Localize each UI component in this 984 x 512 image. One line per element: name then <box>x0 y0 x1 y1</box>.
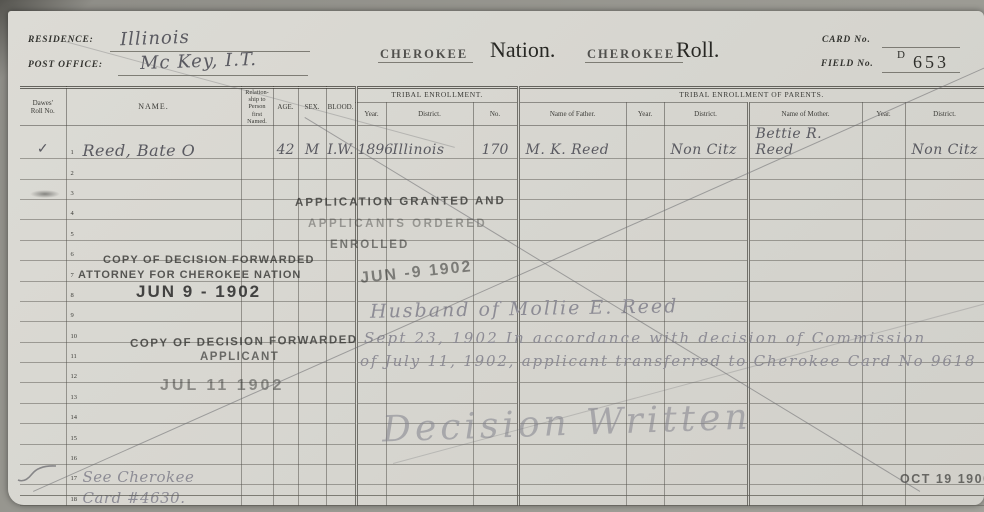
cell-father-district <box>664 220 748 240</box>
header-father-district: District. <box>664 102 748 126</box>
header-no: No. <box>473 102 518 126</box>
cell-year: 1896 <box>356 126 386 159</box>
row-number: 10 <box>71 333 78 340</box>
row-number: 7 <box>71 272 74 279</box>
application-granted-stamp-line3: ENROLLED <box>330 239 409 251</box>
cell-dawes <box>20 199 66 219</box>
cell-father <box>518 220 626 240</box>
row-number: 16 <box>71 455 78 462</box>
cell-mother-district <box>905 301 984 321</box>
cell-mother-year <box>862 261 905 281</box>
cell-father-district <box>664 261 748 281</box>
cell-blood <box>326 424 356 444</box>
cell-mother-district <box>905 281 984 301</box>
transfer-note-line2: of July 11, 1902, applicant transferred … <box>360 352 976 370</box>
cell-dawes <box>20 342 66 362</box>
field-no-value: 653 <box>913 52 949 73</box>
cell-age <box>273 424 298 444</box>
forwarded-attorney-stamp-date: JUN 9 - 1902 <box>136 282 261 302</box>
cherokee-nation-stamp: CHEROKEE <box>380 47 468 62</box>
row-number: 11 <box>71 353 77 360</box>
cell-name: 15 <box>66 424 241 444</box>
cell-father-year <box>626 261 664 281</box>
cherokee-roll-stamp: CHEROKEE <box>587 47 675 62</box>
cell-blood <box>326 363 356 383</box>
cell-mother-year <box>862 240 905 260</box>
field-no-prefix: D <box>897 49 905 61</box>
cell-mother-year <box>862 159 905 179</box>
cell-blood <box>326 444 356 464</box>
cell-father-district: Non Citz <box>664 126 748 159</box>
cell-mother-district <box>905 159 984 179</box>
cell-father-year <box>626 126 664 159</box>
cell-age <box>273 220 298 240</box>
cell-sex <box>298 403 326 423</box>
field-no-label: FIELD No. <box>821 59 874 69</box>
cell-father-district <box>664 199 748 219</box>
cell-sex <box>298 444 326 464</box>
cell-dawes <box>20 424 66 444</box>
cell-name: 1Reed, Bate O <box>66 126 241 159</box>
cell-mother <box>748 261 862 281</box>
cell-sex <box>298 159 326 179</box>
cell-father-year <box>626 465 664 485</box>
table-row: 16 <box>20 444 984 464</box>
name-value: Card #4630. <box>83 489 186 507</box>
cell-name: 2 <box>66 159 241 179</box>
cell-blood <box>326 261 356 281</box>
cell-blood <box>326 383 356 403</box>
cell-father <box>518 179 626 199</box>
row-number: 1 <box>71 149 74 156</box>
cell-sex <box>298 465 326 485</box>
post-office-label: POST OFFICE: <box>28 60 103 70</box>
received-date-stamp: OCT 19 1900 <box>900 472 984 486</box>
forwarded-attorney-stamp-line2: ATTORNEY FOR CHEROKEE NATION <box>78 269 301 281</box>
cell-mother-year <box>862 199 905 219</box>
cell-rel <box>241 465 273 485</box>
bottom-double-rule <box>20 495 984 496</box>
cell-rel <box>241 220 273 240</box>
cell-name: 17See Cherokee <box>66 465 241 485</box>
cell-father-district <box>664 465 748 485</box>
cell-age <box>273 403 298 423</box>
cell-dawes <box>20 220 66 240</box>
header-mother-district: District. <box>905 102 984 126</box>
cell-father-year <box>626 179 664 199</box>
name-value: See Cherokee <box>83 468 195 486</box>
cell-father-year <box>626 199 664 219</box>
cell-father <box>518 261 626 281</box>
cell-dawes <box>20 322 66 342</box>
header-district: District. <box>386 102 473 126</box>
card-paper: RESIDENCE: Illinois POST OFFICE: Mc Key,… <box>8 11 984 505</box>
cell-father <box>518 444 626 464</box>
cell-mother-district <box>905 444 984 464</box>
cell-father <box>518 199 626 219</box>
cell-mother-district <box>905 261 984 281</box>
application-granted-stamp-line2: APPLICANTS ORDERED <box>308 218 487 230</box>
cell-district <box>386 465 473 485</box>
row-number: 3 <box>71 190 74 197</box>
cell-enroll-no <box>473 383 518 403</box>
cell-father-district <box>664 159 748 179</box>
cell-mother-district <box>905 199 984 219</box>
check-mark <box>16 463 58 485</box>
cell-mother-year <box>862 383 905 403</box>
cell-enroll-no <box>473 465 518 485</box>
header-father-year: Year. <box>626 102 664 126</box>
cell-blood <box>326 281 356 301</box>
cell-mother-district <box>905 424 984 444</box>
post-office-value: Mc Key, I.T. <box>140 49 258 74</box>
cell-mother-district <box>905 403 984 423</box>
row-number: 9 <box>71 312 74 319</box>
row-number: 8 <box>71 292 74 299</box>
cell-father <box>518 383 626 403</box>
cell-age: 42 <box>273 126 298 159</box>
cell-sex <box>298 301 326 321</box>
row-number: 5 <box>71 231 74 238</box>
table-row: 2 <box>20 159 984 179</box>
row-number: 6 <box>71 251 74 258</box>
cell-blood <box>326 403 356 423</box>
cell-dawes: ✓ <box>20 126 66 159</box>
cell-dawes <box>20 383 66 403</box>
cell-enroll-no <box>473 159 518 179</box>
cell-enroll-no: 170 <box>473 126 518 159</box>
row-number: 14 <box>71 414 78 421</box>
cell-mother-year <box>862 403 905 423</box>
cell-mother-year <box>862 301 905 321</box>
residence-value: Illinois <box>120 27 191 50</box>
cell-mother-year <box>862 424 905 444</box>
cell-age <box>273 281 298 301</box>
header-name: NAME. <box>66 88 241 126</box>
cell-mother <box>748 159 862 179</box>
cell-mother <box>748 220 862 240</box>
cell-name: 5 <box>66 220 241 240</box>
cell-mother-year <box>862 444 905 464</box>
cell-mother-year <box>862 126 905 159</box>
row-number: 13 <box>71 394 78 401</box>
cell-mother-district: Non Citz <box>905 126 984 159</box>
ink-smudge <box>30 190 60 198</box>
cell-mother-district <box>905 179 984 199</box>
cell-age <box>273 159 298 179</box>
roll-stamp-underline <box>585 62 683 63</box>
cell-mother <box>748 424 862 444</box>
header-father: Name of Father. <box>518 102 626 126</box>
cell-district <box>386 159 473 179</box>
cell-rel <box>241 403 273 423</box>
cell-mother <box>748 383 862 403</box>
row-number: 17 <box>71 475 78 482</box>
row-number: 4 <box>71 210 74 217</box>
cell-dawes <box>20 261 66 281</box>
roll-label: Roll. <box>676 37 719 63</box>
row-number: 2 <box>71 170 74 177</box>
cell-rel <box>241 126 273 159</box>
cell-district <box>386 383 473 403</box>
cell-name: 9 <box>66 301 241 321</box>
cell-mother: Bettie R. Reed <box>748 126 862 159</box>
header-mother: Name of Mother. <box>748 102 862 126</box>
nation-label: Nation. <box>490 37 555 63</box>
cell-year <box>356 383 386 403</box>
post-office-underline <box>118 75 308 76</box>
cell-mother <box>748 179 862 199</box>
cell-sex <box>298 424 326 444</box>
cell-mother <box>748 444 862 464</box>
cell-sex <box>298 281 326 301</box>
cell-blood: I.W. <box>326 126 356 159</box>
cell-name: 14 <box>66 403 241 423</box>
cell-father-district <box>664 240 748 260</box>
cell-year <box>356 159 386 179</box>
cell-mother <box>748 301 862 321</box>
cell-dawes <box>20 363 66 383</box>
cell-father <box>518 159 626 179</box>
row-number: 18 <box>71 496 78 503</box>
cell-name: 3 <box>66 179 241 199</box>
cell-mother <box>748 199 862 219</box>
row-number: 12 <box>71 373 78 380</box>
cell-mother <box>748 281 862 301</box>
cell-age <box>273 444 298 464</box>
header-tribal-enrollment-parents: TRIBAL ENROLLMENT OF PARENTS. <box>518 88 984 103</box>
cell-rel <box>241 301 273 321</box>
row-number: 15 <box>71 435 78 442</box>
cell-blood <box>326 301 356 321</box>
cell-father <box>518 465 626 485</box>
residence-label: RESIDENCE: <box>28 35 94 45</box>
forwarded-attorney-stamp-line1: COPY OF DECISION FORWARDED <box>103 254 315 266</box>
cell-age <box>273 301 298 321</box>
cell-sex: M <box>298 126 326 159</box>
transfer-note-line1: Sept 23, 1902 In accordance with decisio… <box>364 329 926 347</box>
cell-dawes <box>20 281 66 301</box>
cell-dawes <box>20 301 66 321</box>
cell-rel <box>241 179 273 199</box>
cell-mother <box>748 240 862 260</box>
nation-stamp-underline <box>378 62 473 63</box>
cell-enroll-no <box>473 444 518 464</box>
cell-dawes <box>20 403 66 423</box>
cell-rel <box>241 199 273 219</box>
cell-father-year <box>626 240 664 260</box>
application-granted-stamp-line1: APPLICATION GRANTED AND <box>295 195 506 209</box>
cell-mother-year <box>862 179 905 199</box>
cell-mother-year <box>862 281 905 301</box>
cell-father: M. K. Reed <box>518 126 626 159</box>
cell-name: 4 <box>66 199 241 219</box>
header-tribal-enrollment: TRIBAL ENROLLMENT. <box>356 88 518 103</box>
name-value: Reed, Bate O <box>83 141 196 160</box>
cell-mother-district <box>905 220 984 240</box>
cell-dawes <box>20 159 66 179</box>
card-no-label: CARD No. <box>822 35 871 45</box>
cell-blood <box>326 465 356 485</box>
table-row: 17See Cherokee <box>20 465 984 485</box>
cell-father-district <box>664 179 748 199</box>
cell-name: 16 <box>66 444 241 464</box>
scanned-enrollment-card: RESIDENCE: Illinois POST OFFICE: Mc Key,… <box>0 0 984 512</box>
cell-father-district <box>664 444 748 464</box>
header-dawes-roll-no: Dawes' Roll No. <box>20 88 66 126</box>
card-no-underline <box>882 47 960 48</box>
cell-district: Illinois <box>386 126 473 159</box>
cell-dawes <box>20 444 66 464</box>
header-age: AGE. <box>273 88 298 126</box>
cell-blood <box>326 159 356 179</box>
cell-year <box>356 465 386 485</box>
cell-dawes <box>20 240 66 260</box>
cell-father-year <box>626 159 664 179</box>
cell-mother-district <box>905 240 984 260</box>
cell-father-year <box>626 444 664 464</box>
cell-mother <box>748 465 862 485</box>
cell-mother-district <box>905 383 984 403</box>
cell-rel <box>241 444 273 464</box>
cell-sex <box>298 383 326 403</box>
cell-year <box>356 444 386 464</box>
forwarded-applicant-stamp-line2: APPLICANT <box>200 351 279 363</box>
cell-age <box>273 465 298 485</box>
cell-rel <box>241 424 273 444</box>
cell-father-year <box>626 220 664 240</box>
cell-rel <box>241 159 273 179</box>
cell-mother-year <box>862 465 905 485</box>
cell-mother-year <box>862 220 905 240</box>
